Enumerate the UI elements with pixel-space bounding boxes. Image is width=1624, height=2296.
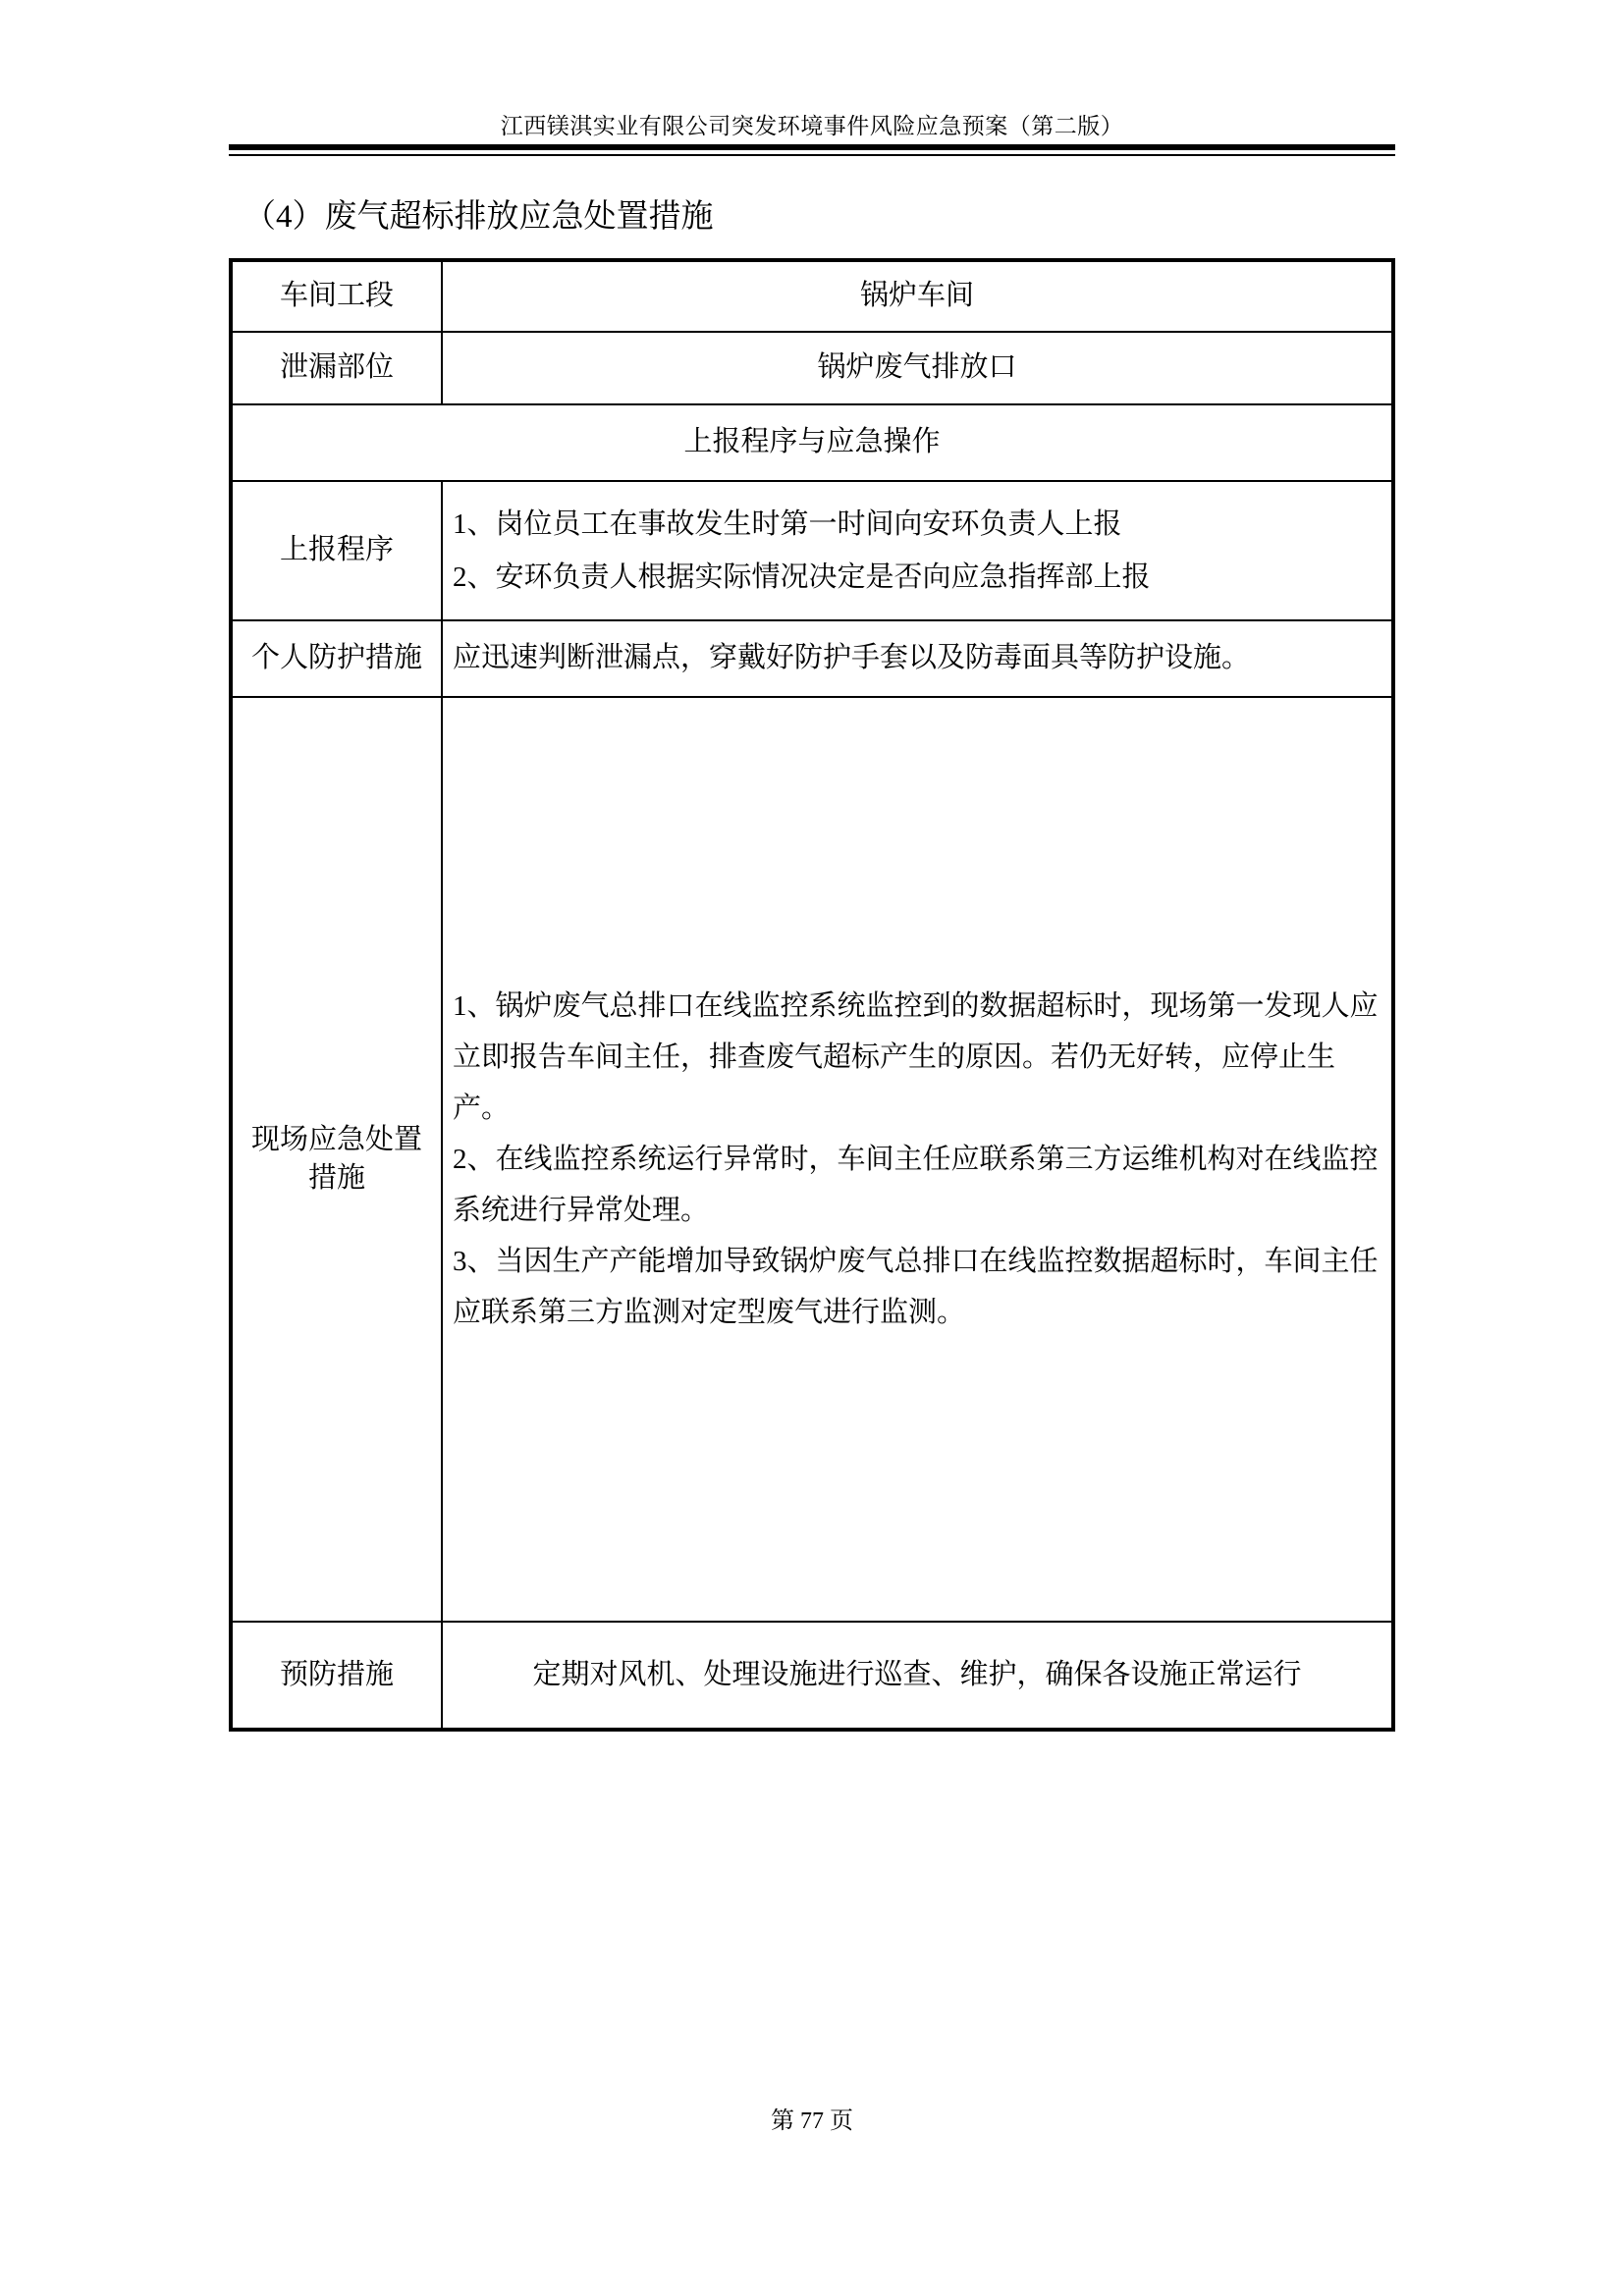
table-row-workshop: 车间工段 锅炉车间 [231,260,1393,332]
onsite-response-paragraph-1: 1、锅炉废气总排口在线监控系统监控到的数据超标时，现场第一发现人应立即报告车间主… [453,981,1391,1134]
onsite-response-paragraph-2: 2、在线监控系统运行异常时，车间主任应联系第三方运维机构对在线监控系统进行异常处… [453,1134,1391,1236]
section-header-cell: 上报程序与应急操作 [231,404,1393,481]
reporting-item-2: 2、安环负责人根据实际情况决定是否向应急指挥部上报 [453,551,1391,604]
prevention-value-cell: 定期对风机、处理设施进行巡查、维护，确保各设施正常运行 [442,1622,1393,1730]
table-row-prevention: 预防措施 定期对风机、处理设施进行巡查、维护，确保各设施正常运行 [231,1622,1393,1730]
leak-location-label-cell: 泄漏部位 [231,332,442,404]
section-title: （4）废气超标排放应急处置措施 [244,190,714,237]
page-number: 第 77 页 [0,2101,1624,2135]
table-row-section-header: 上报程序与应急操作 [231,404,1393,481]
header-divider-rule [229,144,1395,156]
workshop-label-cell: 车间工段 [231,260,442,332]
personal-protection-value-cell: 应迅速判断泄漏点，穿戴好防护手套以及防毒面具等防护设施。 [442,620,1393,697]
onsite-response-paragraph-3: 3、当因生产产能增加导致锅炉废气总排口在线监控数据超标时，车间主任应联系第三方监… [453,1236,1391,1338]
onsite-response-label-cell: 现场应急处置措施 [231,697,442,1622]
prevention-label-cell: 预防措施 [231,1622,442,1730]
document-page: 江西镁淇实业有限公司突发环境事件风险应急预案（第二版） （4）废气超标排放应急处… [0,0,1624,2296]
table-row-personal-protection: 个人防护措施 应迅速判断泄漏点，穿戴好防护手套以及防毒面具等防护设施。 [231,620,1393,697]
reporting-label-cell: 上报程序 [231,481,442,620]
table-row-leak-location: 泄漏部位 锅炉废气排放口 [231,332,1393,404]
personal-protection-label-cell: 个人防护措施 [231,620,442,697]
table-row-onsite-response: 现场应急处置措施 1、锅炉废气总排口在线监控系统监控到的数据超标时，现场第一发现… [231,697,1393,1622]
page-header-text: 江西镁淇实业有限公司突发环境事件风险应急预案（第二版） [229,108,1395,140]
emergency-measures-table: 车间工段 锅炉车间 泄漏部位 锅炉废气排放口 上报程序与应急操作 上报程序 1、… [229,258,1395,1732]
leak-location-value-cell: 锅炉废气排放口 [442,332,1393,404]
workshop-value-cell: 锅炉车间 [442,260,1393,332]
reporting-item-1: 1、岗位员工在事故发生时第一时间向安环负责人上报 [453,498,1391,551]
onsite-response-value-cell: 1、锅炉废气总排口在线监控系统监控到的数据超标时，现场第一发现人应立即报告车间主… [442,697,1393,1622]
reporting-value-cell: 1、岗位员工在事故发生时第一时间向安环负责人上报 2、安环负责人根据实际情况决定… [442,481,1393,620]
table-row-reporting: 上报程序 1、岗位员工在事故发生时第一时间向安环负责人上报 2、安环负责人根据实… [231,481,1393,620]
